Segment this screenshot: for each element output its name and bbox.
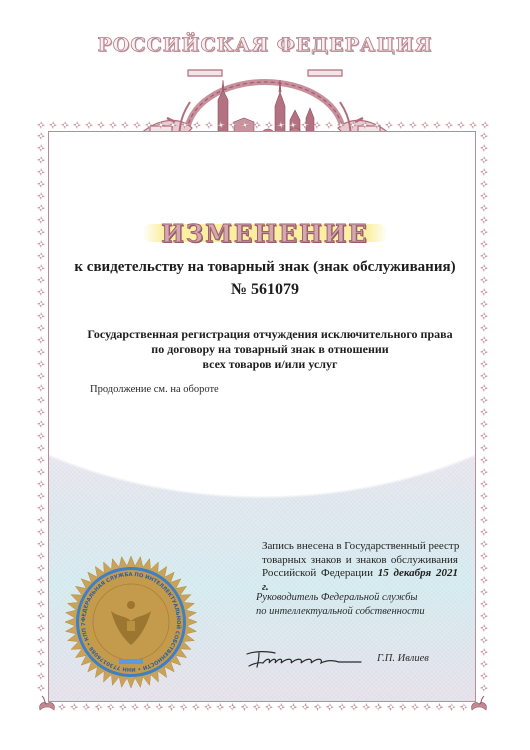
ornament-tile — [37, 420, 45, 428]
ornament-tile — [480, 504, 488, 512]
ornament-tile — [131, 703, 139, 711]
ornament-tile — [37, 552, 45, 560]
ornament-border-top — [37, 121, 489, 130]
ornament-tile — [480, 324, 488, 332]
ornament-tile — [480, 672, 488, 680]
ornament-tile — [180, 703, 188, 711]
ornament-tile — [37, 372, 45, 380]
ornament-tile — [37, 408, 45, 416]
ornament-tile — [480, 588, 488, 596]
ornament-tile — [37, 384, 45, 392]
ornament-tile — [37, 672, 45, 680]
ornament-tile — [397, 121, 405, 129]
registry-line-prefix: Российской Федерации — [262, 567, 373, 579]
ornament-tile — [229, 121, 237, 129]
ornament-tile — [480, 540, 488, 548]
ornament-tile — [37, 192, 45, 200]
ornament-tile — [480, 456, 488, 464]
certificate-subtitle: к свидетельству на товарный знак (знак о… — [0, 258, 530, 277]
ornament-tile — [169, 121, 177, 129]
ornament-tile — [37, 540, 45, 548]
ornament-tile — [228, 703, 236, 711]
ornament-tile — [338, 703, 346, 711]
ornament-tile — [480, 168, 488, 176]
ornament-tile — [277, 703, 285, 711]
ornament-tile — [37, 528, 45, 536]
ornament-tile — [480, 636, 488, 644]
ornament-tile — [480, 192, 488, 200]
ornament-tile — [480, 468, 488, 476]
ornament-tile — [204, 703, 212, 711]
ornament-tile — [423, 703, 431, 711]
ornament-tile — [445, 121, 453, 129]
ornament-tile — [480, 180, 488, 188]
ornament-tile — [480, 444, 488, 452]
authority-title-line: Руководитель Федеральной службы — [256, 591, 425, 605]
ornament-tile — [411, 703, 419, 711]
ornament-tile — [37, 588, 45, 596]
authority-title-line: по интеллектуальной собственности — [256, 605, 425, 619]
ornament-tile — [385, 121, 393, 129]
ornament-tile — [241, 703, 249, 711]
ornament-tile — [277, 121, 285, 129]
ornament-tile — [37, 336, 45, 344]
ornament-tile — [37, 648, 45, 656]
ornament-tile — [480, 420, 488, 428]
ornament-tile — [37, 180, 45, 188]
ornament-tile — [480, 624, 488, 632]
ornament-tile — [421, 121, 429, 129]
official-seal-icon: ФЕДЕРАЛЬНАЯ СЛУЖБА ПО ИНТЕЛЛЕКТУАЛЬНОЙ С… — [64, 555, 198, 689]
ornament-tile — [37, 564, 45, 572]
ornament-tile — [480, 372, 488, 380]
ornament-tile — [399, 703, 407, 711]
ornament-tile — [480, 396, 488, 404]
ornament-tile — [37, 121, 45, 129]
ornament-tile — [157, 121, 165, 129]
ornament-tile — [37, 612, 45, 620]
ornament-tile — [433, 121, 441, 129]
ornament-tile — [337, 121, 345, 129]
ornament-tile — [143, 703, 151, 711]
ornament-tile — [481, 121, 489, 129]
ornament-tile — [480, 336, 488, 344]
ornament-border-right — [480, 132, 489, 692]
ornament-tile — [387, 703, 395, 711]
ornament-tile — [121, 121, 129, 129]
ornament-tile — [350, 703, 358, 711]
ornament-tile — [460, 703, 468, 711]
ornament-tile — [193, 121, 201, 129]
ornament-tile — [480, 312, 488, 320]
ornament-tile — [480, 612, 488, 620]
white-arc-area — [49, 132, 475, 502]
registry-entry: Запись внесена в Государственный реестр … — [262, 540, 458, 594]
ornament-tile — [58, 703, 66, 711]
ornament-tile — [192, 703, 200, 711]
ornament-tile — [37, 444, 45, 452]
ornament-tile — [314, 703, 322, 711]
ornament-tile — [37, 324, 45, 332]
ornament-tile — [37, 360, 45, 368]
description-line: всех товаров и/или услуг — [80, 357, 460, 372]
ornament-tile — [49, 121, 57, 129]
ornament-tile — [181, 121, 189, 129]
ornament-tile — [480, 564, 488, 572]
ornament-tile — [480, 576, 488, 584]
ornament-tile — [301, 121, 309, 129]
ornament-tile — [145, 121, 153, 129]
ornament-tile — [480, 156, 488, 164]
ornament-tile — [37, 516, 45, 524]
ornament-tile — [361, 121, 369, 129]
signatory-name: Г.П. Ивлиев — [377, 653, 429, 664]
ornament-tile — [469, 121, 477, 129]
description-line: по договору на товарный знак в отношении — [80, 342, 460, 357]
ornament-tile — [480, 528, 488, 536]
ornament-tile — [37, 504, 45, 512]
ornament-tile — [37, 132, 45, 140]
ornament-tile — [313, 121, 321, 129]
ornament-tile — [37, 396, 45, 404]
ornament-tile — [241, 121, 249, 129]
ornament-tile — [480, 552, 488, 560]
continuation-note: Продолжение см. на обороте — [90, 384, 219, 395]
ornament-tile — [37, 600, 45, 608]
ornament-tile — [119, 703, 127, 711]
ornament-tile — [480, 432, 488, 440]
ornament-border-bottom — [58, 703, 468, 712]
ornament-tile — [95, 703, 103, 711]
ornament-tile — [480, 132, 488, 140]
ornament-tile — [37, 156, 45, 164]
ornament-tile — [349, 121, 357, 129]
ornament-tile — [301, 703, 309, 711]
ornament-tile — [61, 121, 69, 129]
ornament-tile — [37, 492, 45, 500]
ornament-tile — [37, 480, 45, 488]
document-title: ИЗМЕНЕНИЕ — [0, 219, 530, 248]
ornament-tile — [168, 703, 176, 711]
ornament-tile — [448, 703, 456, 711]
country-title: РОССИЙСКАЯ ФЕДЕРАЦИЯ — [0, 34, 530, 56]
ornament-tile — [480, 204, 488, 212]
corner-ornament-icon — [36, 692, 58, 714]
ornament-tile — [37, 624, 45, 632]
description-line: Государственная регистрация отчуждения и… — [80, 327, 460, 342]
ornament-tile — [133, 121, 141, 129]
ornament-tile — [37, 660, 45, 668]
ornament-tile — [480, 492, 488, 500]
ornament-tile — [362, 703, 370, 711]
ornament-tile — [480, 480, 488, 488]
ornament-tile — [480, 360, 488, 368]
ornament-tile — [37, 300, 45, 308]
ornament-tile — [457, 121, 465, 129]
ornament-tile — [435, 703, 443, 711]
ornament-tile — [265, 703, 273, 711]
ornament-tile — [480, 408, 488, 416]
ornament-tile — [109, 121, 117, 129]
registration-description: Государственная регистрация отчуждения и… — [80, 327, 460, 372]
certificate-number: № 561079 — [0, 281, 530, 299]
ornament-tile — [480, 144, 488, 152]
certificate-page: РОССИЙСКАЯ ФЕДЕРАЦИЯ — [0, 0, 530, 750]
ornament-tile — [373, 121, 381, 129]
ornament-tile — [289, 703, 297, 711]
registry-line: товарных знаков и знаков обслуживания — [262, 554, 458, 568]
ornament-tile — [480, 648, 488, 656]
ornament-tile — [70, 703, 78, 711]
ornament-tile — [73, 121, 81, 129]
ornament-tile — [325, 121, 333, 129]
ornament-tile — [265, 121, 273, 129]
ornament-tile — [37, 432, 45, 440]
ornament-tile — [480, 348, 488, 356]
ornament-tile — [480, 660, 488, 668]
ornament-tile — [37, 312, 45, 320]
registry-line: Запись внесена в Государственный реестр — [262, 540, 458, 554]
ornament-tile — [85, 121, 93, 129]
ornament-tile — [37, 684, 45, 692]
ornament-tile — [155, 703, 163, 711]
ornament-tile — [97, 121, 105, 129]
ornament-tile — [217, 121, 225, 129]
ornament-tile — [216, 703, 224, 711]
ornament-tile — [409, 121, 417, 129]
ornament-tile — [37, 636, 45, 644]
ornament-tile — [37, 468, 45, 476]
ornament-tile — [82, 703, 90, 711]
ornament-tile — [480, 600, 488, 608]
ornament-border-left — [37, 132, 46, 692]
corner-ornament-icon — [468, 692, 490, 714]
ornament-tile — [289, 121, 297, 129]
ornament-tile — [107, 703, 115, 711]
ornament-tile — [37, 348, 45, 356]
ornament-tile — [37, 168, 45, 176]
ornament-tile — [374, 703, 382, 711]
ornament-tile — [480, 384, 488, 392]
ornament-tile — [253, 703, 261, 711]
ornament-tile — [205, 121, 213, 129]
ornament-tile — [480, 516, 488, 524]
authority-title: Руководитель Федеральной службы по интел… — [256, 591, 425, 619]
handwritten-signature-icon — [245, 648, 363, 670]
ornament-tile — [37, 576, 45, 584]
ornament-tile — [480, 300, 488, 308]
ornament-tile — [37, 204, 45, 212]
ornament-tile — [37, 456, 45, 464]
ornament-tile — [326, 703, 334, 711]
ornament-tile — [37, 144, 45, 152]
ornament-tile — [253, 121, 261, 129]
ornament-tile — [480, 684, 488, 692]
